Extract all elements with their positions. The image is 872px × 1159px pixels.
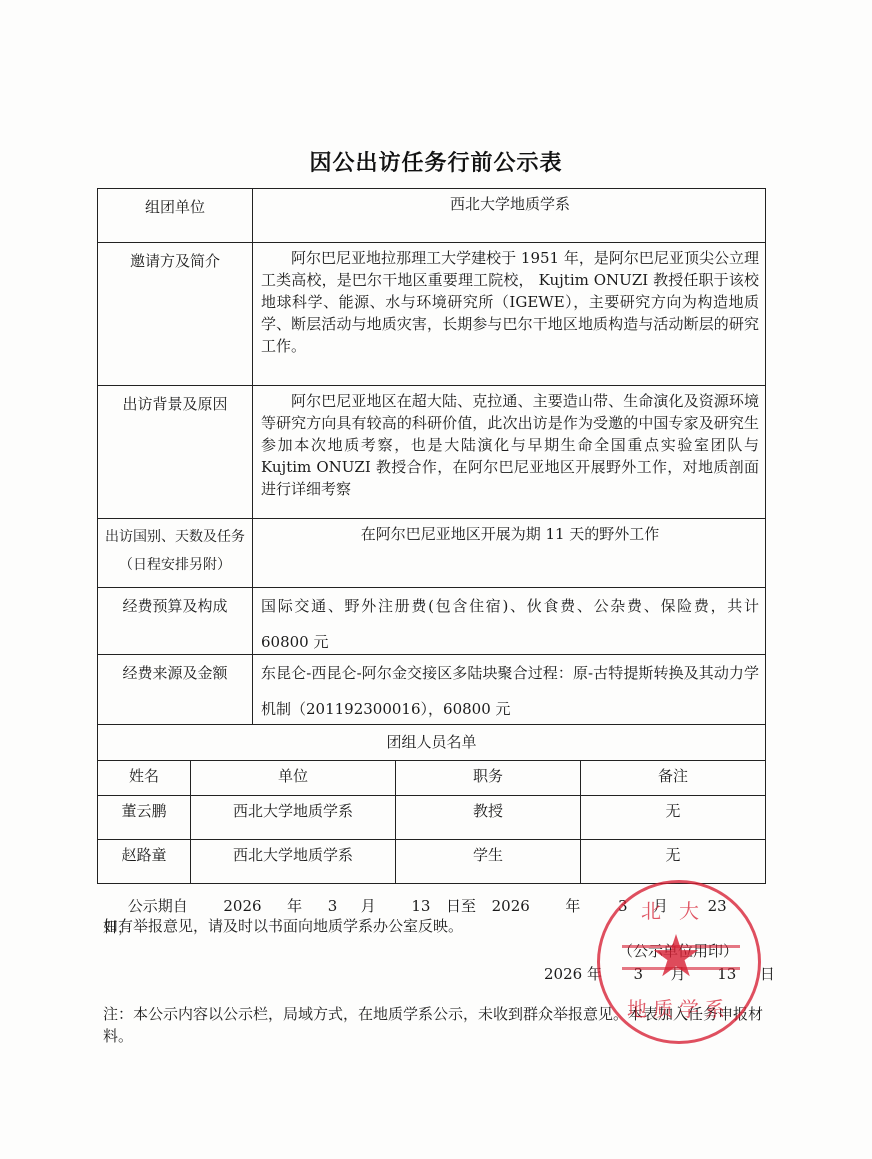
notice-form-table: 组团单位 西北大学地质学系 邀请方及简介 阿尔巴尼亚地拉那理工大学建校于 195… — [97, 188, 766, 884]
header-remarks: 备注 — [581, 761, 765, 795]
task-value: 在阿尔巴尼亚地区开展为期 11 天的野外工作 — [253, 519, 765, 587]
month-char: 月 — [671, 965, 686, 983]
row-funding: 经费来源及金额 东昆仑-西昆仑-阿尔金交接区多陆块聚合过程：原-古特提斯转换及其… — [97, 655, 766, 725]
month-char: 月 — [653, 895, 668, 916]
footnote: 注：本公示内容以公示栏，局域方式，在地质学系公示，未收到群众举报意见。本表加入任… — [103, 1003, 765, 1047]
member-remarks: 无 — [581, 796, 765, 839]
report-instruction: 如有举报意见，请及时以书面向地质学系办公室反映。 — [103, 915, 463, 936]
end-month: 3 — [618, 897, 628, 915]
members-section-header: 团组人员名单 — [97, 725, 766, 761]
org-unit-value: 西北大学地质学系 — [253, 189, 765, 242]
end-year: 2026 — [492, 897, 530, 915]
stamp-label: （公示单位用印） — [618, 940, 738, 961]
header-unit: 单位 — [191, 761, 396, 795]
task-label: 出访国别、天数及任务 （日程安排另附） — [98, 519, 253, 587]
day-char: 日 — [760, 965, 775, 983]
sign-date: 2026 年 3 月 13 日 — [544, 963, 775, 984]
header-name: 姓名 — [98, 761, 191, 795]
sign-year: 2026 — [544, 965, 582, 983]
row-task: 出访国别、天数及任务 （日程安排另附） 在阿尔巴尼亚地区开展为期 11 天的野外… — [97, 519, 766, 588]
member-position: 学生 — [396, 840, 581, 883]
members-section-title: 团组人员名单 — [98, 725, 765, 760]
background-label: 出访背景及原因 — [98, 386, 253, 518]
header-position: 职务 — [396, 761, 581, 795]
year-char: 年 — [587, 965, 602, 983]
task-label-line2: （日程安排另附） — [98, 551, 252, 579]
row-background: 出访背景及原因 阿尔巴尼亚地区在超大陆、克拉通、主要造山带、生命演化及资源环境等… — [97, 386, 766, 519]
members-header-row: 姓名 单位 职务 备注 — [97, 761, 766, 796]
member-row: 赵路童 西北大学地质学系 学生 无 — [97, 840, 766, 884]
row-org-unit: 组团单位 西北大学地质学系 — [97, 188, 766, 243]
member-name: 董云鹏 — [98, 796, 191, 839]
month-char: 月 — [361, 895, 376, 916]
budget-label: 经费预算及构成 — [98, 588, 253, 654]
inviter-value: 阿尔巴尼亚地拉那理工大学建校于 1951 年，是阿尔巴尼亚顶尖公立理工类高校，是… — [253, 243, 765, 385]
day-to: 日至 — [446, 895, 476, 916]
member-row: 董云鹏 西北大学地质学系 教授 无 — [97, 796, 766, 840]
year-char: 年 — [287, 895, 302, 916]
org-unit-label: 组团单位 — [98, 189, 253, 242]
document-title: 因公出访任务行前公示表 — [0, 146, 872, 177]
budget-value: 国际交通、野外注册费(包含住宿)、伙食费、公杂费、保险费，共计 60800 元 — [253, 588, 765, 654]
period-prefix: 公示期自 — [128, 895, 188, 916]
start-year: 2026 — [223, 897, 261, 915]
inviter-label: 邀请方及简介 — [98, 243, 253, 385]
row-budget: 经费预算及构成 国际交通、野外注册费(包含住宿)、伙食费、公杂费、保险费，共计 … — [97, 588, 766, 655]
member-position: 教授 — [396, 796, 581, 839]
row-inviter: 邀请方及简介 阿尔巴尼亚地拉那理工大学建校于 1951 年，是阿尔巴尼亚顶尖公立… — [97, 243, 766, 386]
year-char: 年 — [565, 895, 580, 916]
sign-day: 13 — [717, 965, 736, 983]
member-unit: 西北大学地质学系 — [191, 840, 396, 883]
background-value: 阿尔巴尼亚地区在超大陆、克拉通、主要造山带、生命演化及资源环境等研究方向具有较高… — [253, 386, 765, 518]
start-day: 13 — [411, 897, 430, 915]
funding-label: 经费来源及金额 — [98, 655, 253, 724]
end-day: 23 — [708, 897, 727, 915]
member-unit: 西北大学地质学系 — [191, 796, 396, 839]
member-name: 赵路童 — [98, 840, 191, 883]
task-label-line1: 出访国别、天数及任务 — [98, 523, 252, 551]
start-month: 3 — [328, 897, 338, 915]
sign-month: 3 — [634, 965, 644, 983]
funding-value: 东昆仑-西昆仑-阿尔金交接区多陆块聚合过程：原-古特提斯转换及其动力学机制（20… — [253, 655, 765, 724]
member-remarks: 无 — [581, 840, 765, 883]
